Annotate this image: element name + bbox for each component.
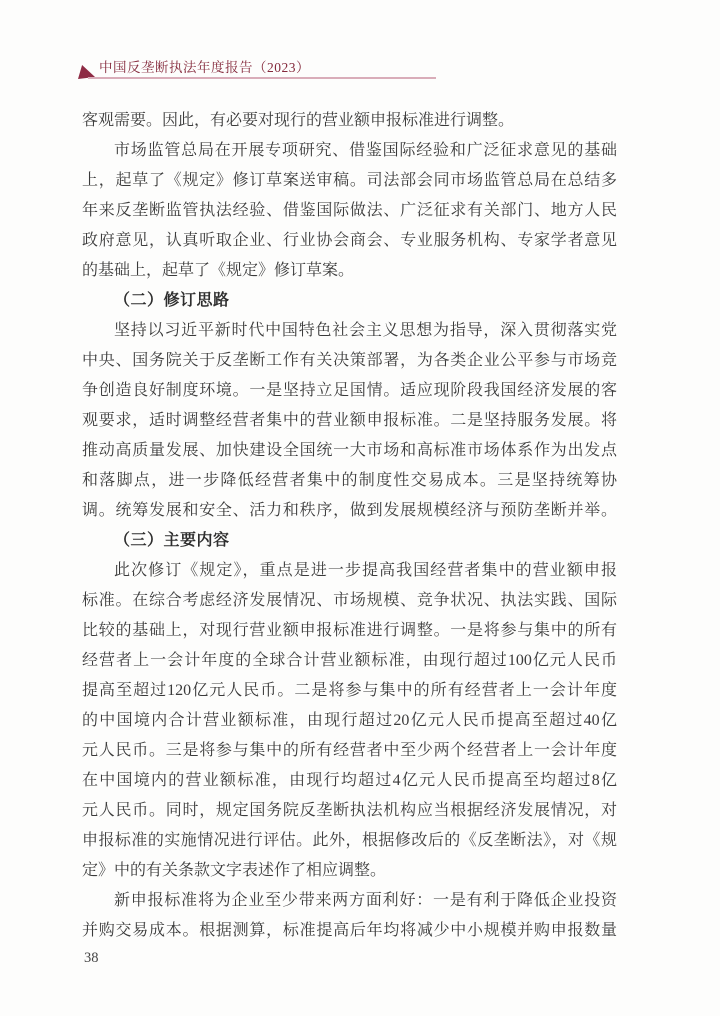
text-line: 坚持以习近平新时代中国特色社会主义思想为指导，深入贯彻落实党 [82,316,617,346]
text-line: 提高至超过120亿元人民币。二是将参与集中的所有经营者上一会计年度 [82,676,617,706]
text-line: 中央、国务院关于反垄断工作有关决策部署，为各类企业公平参与市场竞 [82,346,617,376]
text-line: 经营者上一会计年度的全球合计营业额标准，由现行超过100亿元人民币 [82,646,617,676]
text-line: 市场监管总局在开展专项研究、借鉴国际经验和广泛征求意见的基础 [82,136,617,166]
text-line: 客观需要。因此，有必要对现行的营业额申报标准进行调整。 [82,106,617,136]
page-number: 38 [84,950,99,967]
text-line: 定》中的有关条款文字表述作了相应调整。 [82,856,617,886]
text-line: 在中国境内的营业额标准，由现行均超过4亿元人民币提高至均超过8亿 [82,766,617,796]
text-line: 调。统筹发展和安全、活力和秩序，做到发展规模经济与预防垄断并举。 [82,496,617,526]
text-line: 申报标准的实施情况进行评估。此外，根据修改后的《反垄断法》，对《规 [82,826,617,856]
body-text: 客观需要。因此，有必要对现行的营业额申报标准进行调整。市场监管总局在开展专项研究… [82,106,617,946]
text-line: 观要求，适时调整经营者集中的营业额申报标准。二是坚持服务发展。将 [82,406,617,436]
running-header: 中国反垄断执法年度报告（2023） [78,58,638,82]
text-line: 的基础上，起草了《规定》修订草案。 [82,256,617,286]
text-line: 的中国境内合计营业额标准，由现行超过20亿元人民币提高至超过40亿 [82,706,617,736]
report-title: 中国反垄断执法年度报告（2023） [99,58,310,78]
text-line: 年来反垄断监管执法经验、借鉴国际做法、广泛征求有关部门、地方人民 [82,196,617,226]
text-line: 并购交易成本。根据测算，标准提高后年均将减少中小规模并购申报数量 [82,916,617,946]
text-line: 此次修订《规定》，重点是进一步提高我国经营者集中的营业额申报 [82,556,617,586]
text-line: 标准。在综合考虑经济发展情况、市场规模、竞争状况、执法实践、国际 [82,586,617,616]
text-line: 比较的基础上，对现行营业额申报标准进行调整。一是将参与集中的所有 [82,616,617,646]
text-line: 新申报标准将为企业至少带来两方面利好：一是有利于降低企业投资 [82,886,617,916]
document-page: 中国反垄断执法年度报告（2023） 客观需要。因此，有必要对现行的营业额申报标准… [0,0,720,1016]
text-line: 政府意见，认真听取企业、行业协会商会、专业服务机构、专家学者意见 [82,226,617,256]
text-line: 上，起草了《规定》修订草案送审稿。司法部会同市场监管总局在总结多 [82,166,617,196]
header-rule-divider [88,77,436,79]
text-line: 元人民币。同时，规定国务院反垄断执法机构应当根据经济发展情况，对 [82,796,617,826]
section-heading: （三）主要内容 [82,526,617,556]
text-line: 推动高质量发展、加快建设全国统一大市场和高标准市场体系作为出发点 [82,436,617,466]
text-line: 和落脚点，进一步降低经营者集中的制度性交易成本。三是坚持统筹协 [82,466,617,496]
section-heading: （二）修订思路 [82,286,617,316]
text-line: 争创造良好制度环境。一是坚持立足国情。适应现阶段我国经济发展的客 [82,376,617,406]
text-line: 元人民币。三是将参与集中的所有经营者中至少两个经营者上一会计年度 [82,736,617,766]
